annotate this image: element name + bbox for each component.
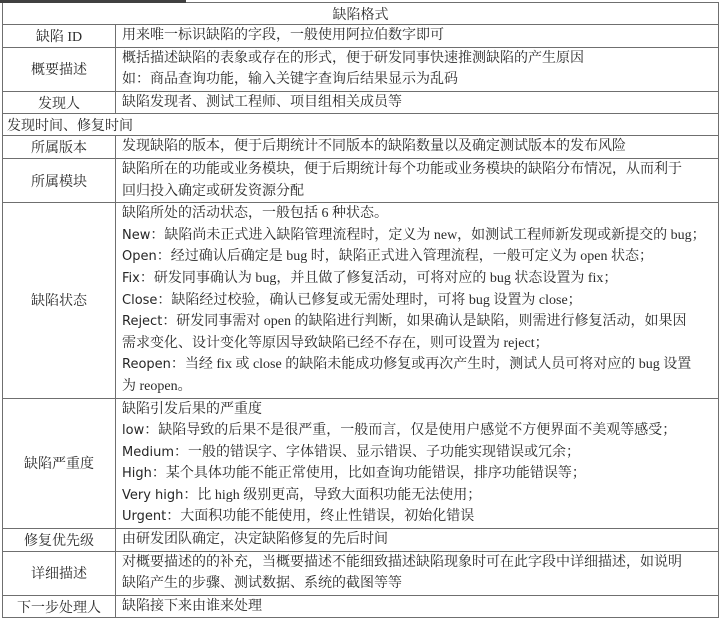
line-text: 缺陷引发后果的严重度 [122,402,262,417]
row-content-finder: 缺陷发现者、测试工程师、项目组相关成员等 [116,91,719,114]
row-content-defect-id: 用来唯一标识缺陷的字段，一般使用阿拉伯数字即可 [116,25,719,48]
line-text: 如：商品查询功能，输入关键字查询后结果显示为乱码 [122,72,458,87]
row-label-defect-id: 缺陷 ID [3,25,116,48]
scan-artifact-bar [0,0,186,3]
latin-term: New [122,228,150,243]
table-row: 详细描述 对概要描述的的补充，当概要描述不能细致描述缺陷现象时可在此字段中详细描… [3,551,719,595]
row-time-span: 发现时间、修复时间 [3,114,719,136]
latin-term: Close [122,293,157,308]
row-content-detail: 对概要描述的的补充，当概要描述不能细致描述缺陷现象时可在此字段中详细描述，如说明… [116,551,719,595]
line-text: ：研发同事需对 open 的缺陷进行判断，如果确认是缺陷，则需进行修复活动，如果… [162,314,686,329]
line-text: 为 reopen。 [122,379,192,394]
row-label-summary: 概要描述 [3,47,116,91]
row-label-finder: 发现人 [3,91,116,114]
line-text: ：缺陷导致的后果不是很严重，一般而言，仅是使用户感觉不方便界面不美观等感受； [144,423,676,438]
line-text: 回归投入确定或研发资源分配 [122,184,304,199]
latin-term: low [122,423,144,438]
row-label-detail: 详细描述 [3,551,116,595]
line-text: 由研发团队确定，决定缺陷修复的先后时间 [122,532,388,547]
defect-format-table: 缺陷格式 缺陷 ID 用来唯一标识缺陷的字段，一般使用阿拉伯数字即可 概要描述 … [2,2,719,618]
table-row: 缺陷状态 缺陷所处的活动状态，一般包括 6 种状态。 New：缺陷尚未正式进入缺… [3,203,719,398]
row-content-status: 缺陷所处的活动状态，一般包括 6 种状态。 New：缺陷尚未正式进入缺陷管理流程… [116,203,719,398]
row-content-version: 发现缺陷的版本，便于后期统计不同版本的缺陷数量以及确定测试版本的发布风险 [116,136,719,159]
line-text: 缺陷接下来由谁来处理 [122,599,262,614]
table-row: 修复优先级 由研发团队确定，决定缺陷修复的先后时间 [3,529,719,552]
table-row: 下一步处理人 缺陷接下来由谁来处理 [3,595,719,618]
line-text: 缺陷发现者、测试工程师、项目组相关成员等 [122,95,402,110]
row-content-module: 缺陷所在的功能或业务模块，便于后期统计每个功能或业务模块的缺陷分布情况，从而利于… [116,158,719,202]
line-text: ：缺陷经过校验，确认已修复或无需处理时，可将 bug 设置为 close； [157,293,581,308]
row-label-severity: 缺陷严重度 [3,398,116,529]
table-row: 概要描述 概括描述缺陷的表象或存在的形式，便于研发同事快速推测缺陷的产生原因 如… [3,47,719,91]
line-text: 用来唯一标识缺陷的字段，一般使用阿拉伯数字即可 [122,28,444,43]
table-row: 所属版本 发现缺陷的版本，便于后期统计不同版本的缺陷数量以及确定测试版本的发布风… [3,136,719,159]
line-text: ：研发同事确认为 bug，并且做了修复活动，可将对应的 bug 状态设置为 fi… [140,271,618,286]
table-row: 缺陷严重度 缺陷引发后果的严重度 low：缺陷导致的后果不是很严重，一般而言，仅… [3,398,719,529]
latin-term: Open [122,249,157,264]
table-row: 缺陷格式 [3,3,719,25]
table-row: 发现人 缺陷发现者、测试工程师、项目组相关成员等 [3,91,719,114]
line-text: ：大面积功能不能使用，终止性错误，初始化错误 [166,509,474,524]
table-title: 缺陷格式 [3,3,719,25]
table-row: 发现时间、修复时间 [3,114,719,136]
line-text: 概括描述缺陷的表象或存在的形式，便于研发同事快速推测缺陷的产生原因 [122,51,584,66]
latin-term: Reject [122,314,162,329]
row-label-next-handler: 下一步处理人 [3,595,116,618]
latin-term: High [122,466,152,481]
row-content-severity: 缺陷引发后果的严重度 low：缺陷导致的后果不是很严重，一般而言，仅是使用户感觉… [116,398,719,529]
line-text: 发现缺陷的版本，便于后期统计不同版本的缺陷数量以及确定测试版本的发布风险 [122,139,626,154]
row-content-summary: 概括描述缺陷的表象或存在的形式，便于研发同事快速推测缺陷的产生原因 如：商品查询… [116,47,719,91]
table-row: 缺陷 ID 用来唯一标识缺陷的字段，一般使用阿拉伯数字即可 [3,25,719,48]
row-label-version: 所属版本 [3,136,116,159]
latin-term: Reopen [122,357,171,372]
row-label-priority: 修复优先级 [3,529,116,552]
latin-term: Very high [122,488,183,503]
latin-term: Medium [122,445,174,460]
line-text: ：当经 fix 或 close 的缺陷未能成功修复或再次产生时，测试人员可将对应… [171,357,691,372]
line-text: 需求变化、设计变化等原因导致缺陷已经不存在，则可设置为 reject； [122,336,549,351]
table-row: 所属模块 缺陷所在的功能或业务模块，便于后期统计每个功能或业务模块的缺陷分布情况… [3,158,719,202]
latin-term: Fix [122,271,140,286]
line-text: 对概要描述的的补充，当概要描述不能细致描述缺陷现象时可在此字段中详细描述，如说明 [122,555,682,570]
line-text: ：缺陷尚未正式进入缺陷管理流程时，定义为 new，如测试工程师新发现或新提交的 … [150,228,705,243]
line-text: ：经过确认后确定是 bug 时，缺陷正式进入管理流程，一般可定义为 open 状… [157,249,653,264]
line-text: ：比 high 级别更高，导致大面积功能无法使用； [183,488,481,503]
line-text: 缺陷产生的步骤、测试数据、系统的截图等等 [122,576,402,591]
latin-term: Urgent [122,509,166,524]
row-label-module: 所属模块 [3,158,116,202]
line-text: ：某个具体功能不能正常使用，比如查询功能错误，排序功能错误等； [152,466,586,481]
row-label-status: 缺陷状态 [3,203,116,398]
line-text: 缺陷所在的功能或业务模块，便于后期统计每个功能或业务模块的缺陷分布情况，从而利于 [122,162,682,177]
row-content-priority: 由研发团队确定，决定缺陷修复的先后时间 [116,529,719,552]
line-text: ：一般的错误字、字体错误、显示错误、子功能实现错误或冗余； [174,445,580,460]
row-content-next-handler: 缺陷接下来由谁来处理 [116,595,719,618]
line-text: 缺陷所处的活动状态，一般包括 6 种状态。 [122,206,388,221]
